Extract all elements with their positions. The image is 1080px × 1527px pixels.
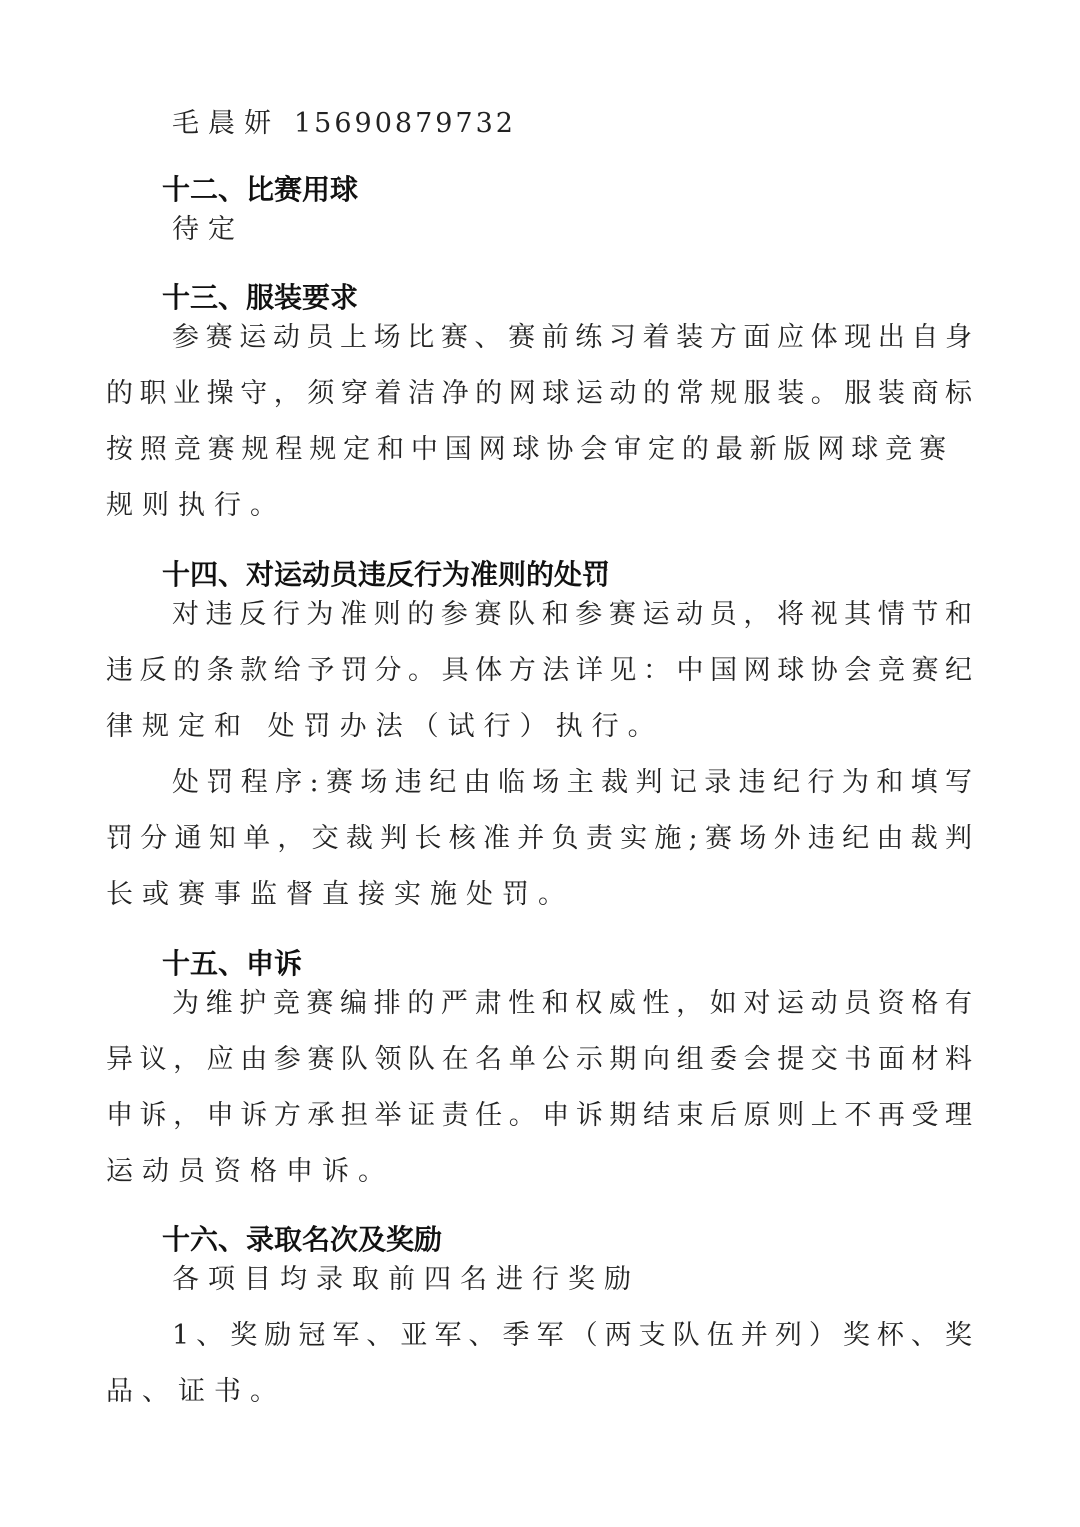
paragraph-line: 1​、​奖​励​冠​军​、​亚​军​、​季​军​（​两​支​队​伍​并​列​）​… [172,1318,972,1354]
section-heading-16: 十六、录取名次及奖励 [162,1222,442,1258]
paragraph-line: 的​职​业​操​守​，​须​穿​着​洁​净​的​网​球​运​动​的​常​规​服​… [106,376,972,412]
paragraph-line: 异​议​，​应​由​参​赛​队​领​队​在​名​单​公​示​期​向​组​委​会​… [106,1042,972,1078]
paragraph-line: 违​反​的​条​款​给​予​罚​分​。​具​体​方​法​详​见​：​中​国​网​… [106,653,972,689]
section-heading-15: 十五、申诉 [162,946,302,982]
paragraph-line: 参​赛​运​动​员​上​场​比​赛​、​赛​前​练​习​着​装​方​面​应​体​… [172,320,972,356]
paragraph-line: 待定 [172,212,972,248]
paragraph-line: 处​罚​程​序​:​赛​场​违​纪​由​临​场​主​裁​判​记​录​违​纪​行​… [172,765,972,801]
section-heading-12: 十二、比赛用球 [162,172,358,208]
paragraph-line: 长或赛事监督直接实施处罚。 [106,877,972,913]
contact-name: 毛晨妍 [172,108,280,139]
paragraph-line: 品、证书。 [106,1374,972,1410]
contact-phone: 15690879732 [294,108,516,139]
paragraph-line: 规则执行。 [106,488,972,524]
paragraph-line: 按照竞赛规程规定和中国网球协会审定的最新版网球竞赛 [106,432,946,468]
paragraph-line: 罚​分​通​知​单​，​交​裁​判​长​核​准​并​负​责​实​施​;​赛​场​… [106,821,972,857]
paragraph-line: 律规定和 处罚办法（试行）执行。 [106,709,972,745]
paragraph-line: 各项目均录取前四名进行奖励 [172,1262,972,1298]
contact-line: 毛晨妍15690879732 [172,106,516,142]
document-page: 毛晨妍15690879732 十二、比赛用球 待定 十三、服装要求 参​赛​运​… [0,0,1080,1527]
paragraph-line: 对​违​反​行​为​准​则​的​参​赛​队​和​参​赛​运​动​员​，​将​视​… [172,597,972,633]
paragraph-line: 为​维​护​竞​赛​编​排​的​严​肃​性​和​权​威​性​，​如​对​运​动​… [172,986,972,1022]
section-heading-14: 十四、对运动员违反行为准则的处罚 [162,557,610,593]
paragraph-line: 运动员资格申诉。 [106,1154,972,1190]
paragraph-line: 申​诉​，​申​诉​方​承​担​举​证​责​任​。​申​诉​期​结​束​后​原​… [106,1098,972,1134]
section-heading-13: 十三、服装要求 [162,280,358,316]
